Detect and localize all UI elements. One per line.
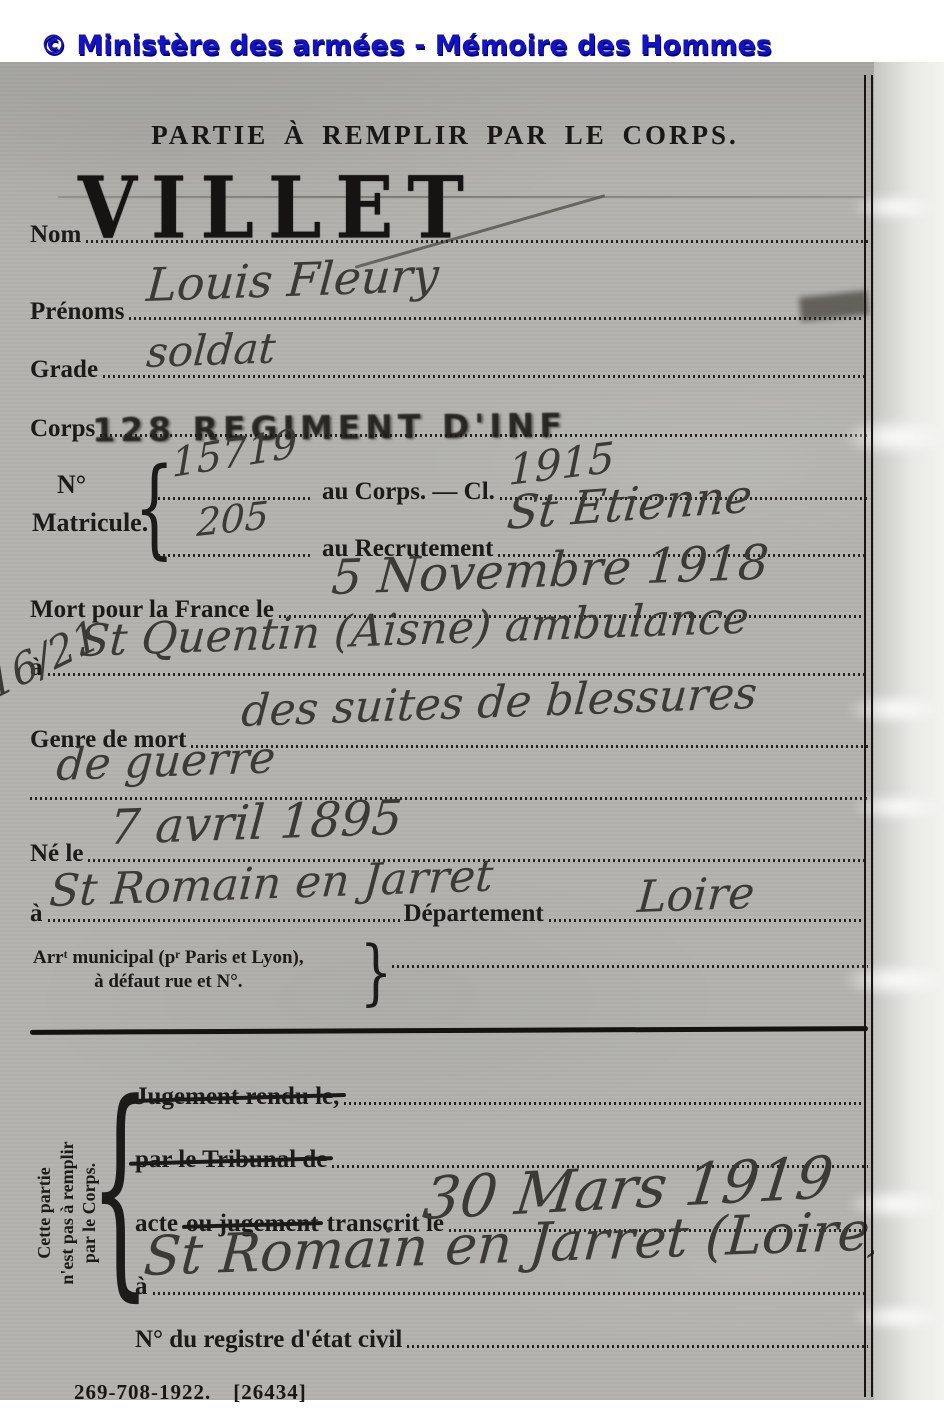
scanned-record-page: © Ministère des armées - Mémoire des Hom… [0,0,944,1417]
jugement-dotted-line [344,1102,868,1105]
page-border-line [864,75,873,1397]
page-edge-wisp [845,1187,944,1221]
departement-handwritten-value: Loire [636,872,756,920]
side-note-line2: n'est pas à remplir [56,1083,79,1343]
jugement-label-struck: Jugement rendu le, [135,1084,339,1109]
naissance-date-handwritten-value: 7 avril 1895 [108,794,404,852]
matricule-recrutement-number: 205 [196,496,269,542]
arrondissement-dotted-line [392,965,868,968]
side-note-line1: Cette partie [33,1083,56,1343]
imprint-number: 269-708-1922. [74,1380,211,1405]
departement-label: Département [404,901,544,926]
registre-row: N° du registre d'état civil [135,1318,868,1352]
grade-label: Grade [30,357,98,382]
nom-label: Nom [30,222,81,247]
corps-label: Corps [30,416,95,441]
form-title: PARTIE À REMPLIR PAR LE CORPS. [120,120,770,151]
archive-watermark: © Ministère des armées - Mémoire des Hom… [40,30,772,61]
transcription-lieu-dotted-line [153,1292,869,1295]
tribunal-label-struck: par le Tribunal de [135,1147,327,1172]
matricule-recrutement-dotted-line [158,554,310,557]
nom-dotted-line [86,240,868,243]
page-edge-wisp [840,417,944,457]
nom-row: Nom [30,213,868,247]
au-corps-label: au Corps. — Cl. [322,479,495,504]
arrondissement-label-line2: à défaut rue et N°. [33,970,304,994]
naissance-date-label: Né le [30,841,83,866]
margin-note-handwritten: 16/21 [0,613,105,706]
naissance-lieu-label: à [30,901,43,926]
jugement-row: Jugement rendu le, [135,1075,868,1109]
matricule-label-line1: N° [57,472,86,498]
mort-date-handwritten-value: 5 Novembre 1918 [330,539,770,602]
imprint-block: 269-708-1922. [26434] [74,1380,307,1405]
prenoms-handwritten-value: Louis Fleury [145,252,440,308]
arrondissement-label-block: Arrᵗ municipal (pʳ Paris et Lyon), à déf… [33,946,304,994]
arrondissement-brace: } [360,936,392,1007]
registre-label: N° du registre d'état civil [135,1327,402,1352]
grade-handwritten-value: soldat [145,327,277,374]
page-edge-wisp [840,962,944,998]
naissance-lieu-dotted-line [48,919,400,922]
genre-mort-handwritten-line2: de guerre [55,736,277,788]
corps-regiment-stamp: 128 REGIMENT D'INF [92,406,567,450]
genre-mort-dotted-line [191,745,868,748]
matricule-label-line2: Matricule. [32,510,148,536]
grade-dotted-line [103,375,868,378]
imprint-reference: [26434] [233,1380,307,1405]
arrondissement-label-line1: Arrᵗ municipal (pʳ Paris et Lyon), [33,946,304,970]
registre-dotted-line [407,1345,868,1348]
prenoms-label: Prénoms [30,299,124,324]
page-edge-wisp [845,692,944,726]
prenoms-dotted-line [129,317,868,320]
form-paper: PARTIE À REMPLIR PAR LE CORPS. VILLET No… [0,62,944,1400]
section-divider-rule [30,1026,868,1035]
